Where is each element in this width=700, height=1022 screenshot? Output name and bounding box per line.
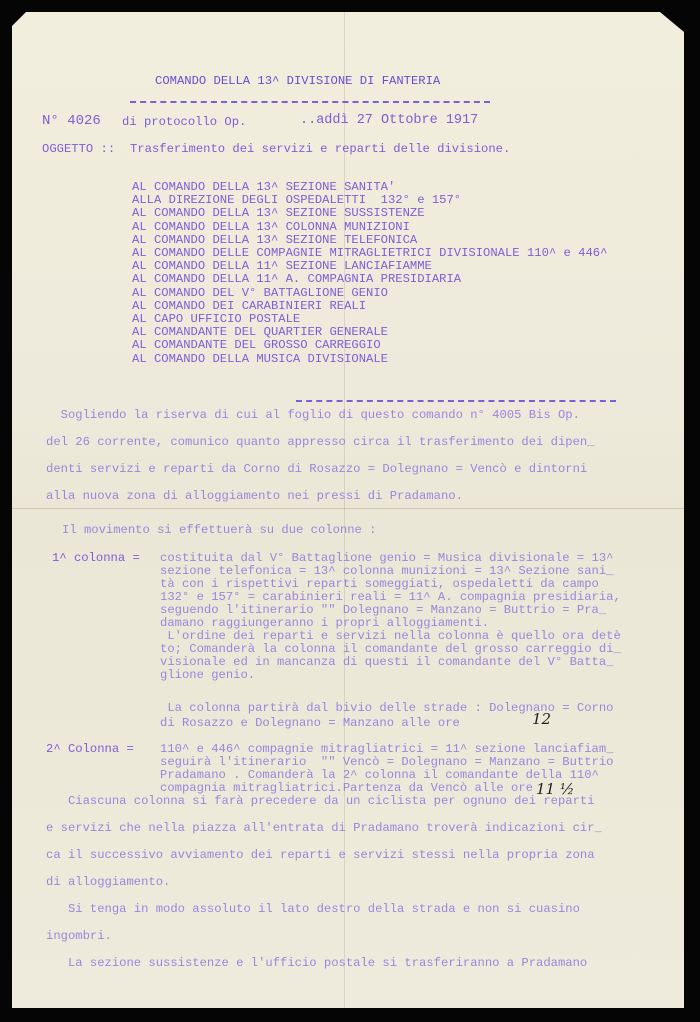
closing-line: ca il successivo avviamento dei reparti … <box>46 848 595 862</box>
column-1-hour-handwritten: 12 <box>532 710 551 728</box>
column-1-line: to; Comanderà la colonna il comandante d… <box>160 642 621 656</box>
column-2-line: 110^ e 446^ compagnie mitragliatrici = 1… <box>160 742 613 756</box>
recipients-divider <box>296 400 616 402</box>
column-1-line: visionale ed in mancanza di questi il co… <box>160 655 613 669</box>
closing-line: La sezione sussistenze e l'ufficio posta… <box>46 956 587 970</box>
column-1-line: L'ordine dei reparti e servizi nella col… <box>160 629 621 643</box>
paper-fold <box>12 508 684 509</box>
intro-line: alla nuova zona di alloggiamento nei pre… <box>46 489 463 503</box>
recipient-line: AL COMANDANTE DEL GROSSO CARREGGIO <box>132 338 381 352</box>
protocol-text: di protocollo Op. <box>122 115 246 129</box>
column-1-label: 1^ colonna = <box>52 551 140 565</box>
title-divider <box>130 101 490 103</box>
protocol-number: N° 4026 <box>42 113 101 129</box>
column-1-line: seguendo l'itinerario "" Dolegnano = Man… <box>160 603 606 617</box>
recipient-line: AL COMANDANTE DEL QUARTIER GENERALE <box>132 325 388 339</box>
document-date: ..addì 27 Ottobre 1917 <box>300 113 478 128</box>
column-1-departure-line: di Rosazzo e Dolegnano = Manzano alle or… <box>160 716 460 730</box>
column-1-line: tà con i rispettivi reparti someggiati, … <box>160 577 599 591</box>
closing-line: e servizi che nella piazza all'entrata d… <box>46 821 602 835</box>
subject-text: Trasferimento dei servizi e reparti dell… <box>130 142 510 156</box>
intro-line: del 26 corrente, comunico quanto appress… <box>46 435 595 449</box>
recipient-line: ALLA DIREZIONE DEGLI OSPEDALETTI 132° e … <box>132 193 461 207</box>
column-1-line: sezione telefonica = 13^ colonna munizio… <box>160 564 613 578</box>
closing-line: Ciascuna colonna si farà precedere da un… <box>46 794 595 808</box>
document-title: COMANDO DELLA 13^ DIVISIONE DI FANTERIA <box>155 74 440 88</box>
column-1-line: 132° e 157° = carabinieri reali = 11^ A.… <box>160 590 621 604</box>
column-1-line: damano raggiungeranno i propri alloggiam… <box>160 616 489 630</box>
recipient-line: AL COMANDO DELLA 11^ A. COMPAGNIA PRESID… <box>132 272 461 286</box>
subject-label: OGGETTO :: <box>42 142 115 156</box>
recipient-line: AL COMANDO DELLA 13^ SEZIONE SUSSISTENZE <box>132 206 425 220</box>
recipient-line: AL COMANDO DELLA 11^ SEZIONE LANCIAFIAMM… <box>132 259 432 273</box>
recipient-line: AL COMANDO DELLA 13^ COLONNA MUNIZIONI <box>132 220 410 234</box>
closing-line: di alloggiamento. <box>46 875 170 889</box>
intro-line: Sogliendo la riserva di cui al foglio di… <box>46 408 580 422</box>
column-1-line: costituita dal V° Battaglione genio = Mu… <box>160 551 613 565</box>
movement-line: Il movimento si effettuerà su due colonn… <box>62 523 377 537</box>
column-1-line: glione genio. <box>160 668 255 682</box>
closing-line: ingombri. <box>46 929 112 943</box>
column-2-label: 2^ Colonna = <box>46 742 134 756</box>
column-2-line: compagnia mitragliatrici.Partenza da Ven… <box>160 781 533 795</box>
recipient-line: AL COMANDO DELLA 13^ SEZIONE TELEFONICA <box>132 233 417 247</box>
recipient-line: AL COMANDO DELLA MUSICA DIVISIONALE <box>132 352 388 366</box>
column-2-line: Pradamano . Comanderà la 2^ colonna il c… <box>160 768 599 782</box>
closing-line: Si tenga in modo assoluto il lato destro… <box>46 902 580 916</box>
recipient-line: AL COMANDO DEI CARABINIERI REALI <box>132 299 366 313</box>
recipient-line: AL CAPO UFFICIO POSTALE <box>132 312 300 326</box>
intro-line: denti servizi e reparti da Corno di Rosa… <box>46 462 587 476</box>
recipient-line: AL COMANDO DELLA 13^ SEZIONE SANITA' <box>132 180 395 194</box>
recipient-line: AL COMANDO DEL V° BATTAGLIONE GENIO <box>132 286 388 300</box>
recipient-line: AL COMANDO DELLE COMPAGNIE MITRAGLIETRIC… <box>132 246 607 260</box>
column-2-line: seguirà l'itinerario "" Vencò = Dolegnan… <box>160 755 613 769</box>
